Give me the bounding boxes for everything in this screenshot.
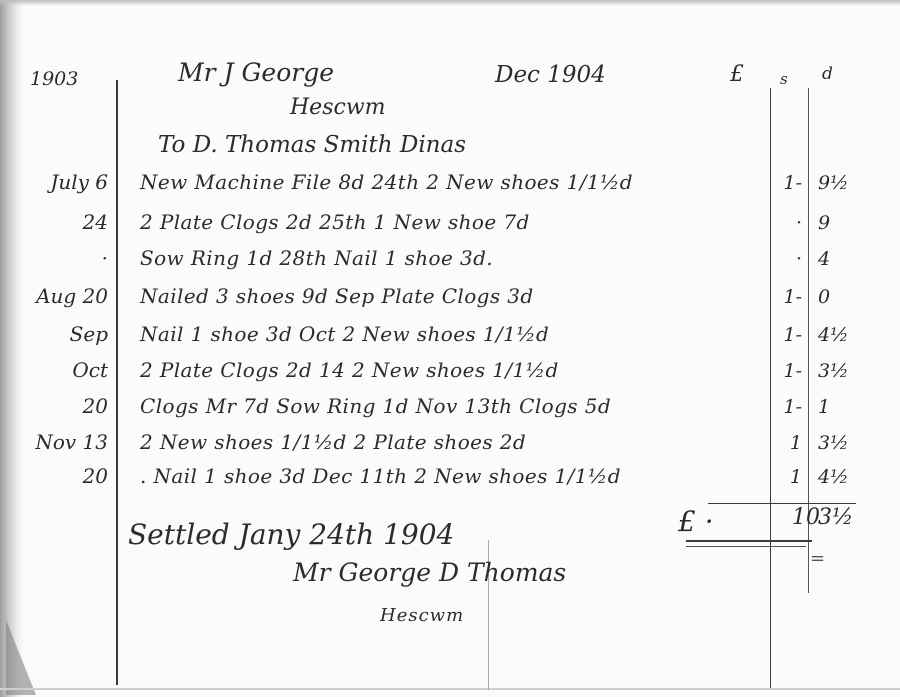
entry-description: Nail 1 shoe 3d Oct 2 New shoes 1/1½d [140,322,549,346]
creditor-line: To D. Thomas Smith Dinas [158,132,466,158]
scan-top-shadow [0,0,900,6]
entry-pence: 3½ [818,360,849,382]
entry-pence: 9½ [818,172,849,194]
entry-date: · [18,246,108,270]
entry-date: Sep [18,322,108,346]
entry-date: 24 [18,210,108,234]
entry-pence: 9 [818,212,830,234]
entry-date: 20 [18,464,108,488]
scanned-invoice-page: 1903 Mr J George Dec 1904 £ s d Hescwm T… [0,0,900,697]
scan-edge-shadow [0,0,24,697]
total-rule [708,503,856,504]
entry-description: 2 Plate Clogs 2d 25th 1 New shoe 7d [140,210,530,234]
entry-pence: 0 [818,286,830,308]
header-shillings: s [780,70,788,88]
header-pence: d [822,64,833,84]
total-pence: 3½ [818,505,853,530]
header-pounds: £ [730,62,744,87]
entry-description: New Machine File 8d 24th 2 New shoes 1/1… [140,170,633,194]
bill-date: Dec 1904 [495,62,606,88]
shillings-column-rule [770,88,771,688]
entry-date: 20 [18,394,108,418]
ditto-mark: = [810,548,825,569]
settled-line: Settled Jany 24th 1904 [128,518,454,551]
entry-description: Sow Ring 1d 28th Nail 1 shoe 3d. [140,246,493,270]
margin-year: 1903 [30,68,78,90]
page-bottom-edge [0,688,900,690]
entry-description: 2 Plate Clogs 2d 14 2 New shoes 1/1½d [140,358,559,382]
entry-pence: 4½ [818,466,849,488]
entry-shillings: 1- [772,172,802,194]
entry-shillings: 1- [772,324,802,346]
total-shillings: 10 [792,505,820,530]
total-pound-symbol: £ · [678,505,714,538]
entry-date: Nov 13 [18,430,108,454]
entry-description: 2 New shoes 1/1½d 2 Plate shoes 2d [140,430,526,454]
date-column-rule [116,80,118,685]
entry-description: Nailed 3 shoes 9d Sep Plate Clogs 3d [140,284,534,308]
entry-pence: 1 [818,396,830,418]
total-underline [686,540,812,542]
customer-place: Hescwm [290,95,386,120]
entry-pence: 3½ [818,432,849,454]
entry-shillings: 1 [772,466,802,488]
customer-name: Mr J George [178,58,334,87]
entry-description: . Nail 1 shoe 3d Dec 11th 2 New shoes 1/… [140,464,621,488]
entry-shillings: 1- [772,360,802,382]
entry-description: Clogs Mr 7d Sow Ring 1d Nov 13th Clogs 5… [140,394,611,418]
entry-date: Oct [18,358,108,382]
entry-pence: 4 [818,248,830,270]
entry-pence: 4½ [818,324,849,346]
entry-shillings: 1- [772,286,802,308]
signature: Mr George D Thomas [293,558,566,587]
entry-shillings: 1- [772,396,802,418]
entry-date: July 6 [18,170,108,194]
entry-shillings: · [772,248,802,270]
entry-shillings: · [772,212,802,234]
total-double-underline [686,546,806,547]
entry-date: Aug 20 [18,284,108,308]
entry-shillings: 1 [772,432,802,454]
page-corner-fold [6,620,36,695]
signature-place: Hescwm [380,605,464,626]
